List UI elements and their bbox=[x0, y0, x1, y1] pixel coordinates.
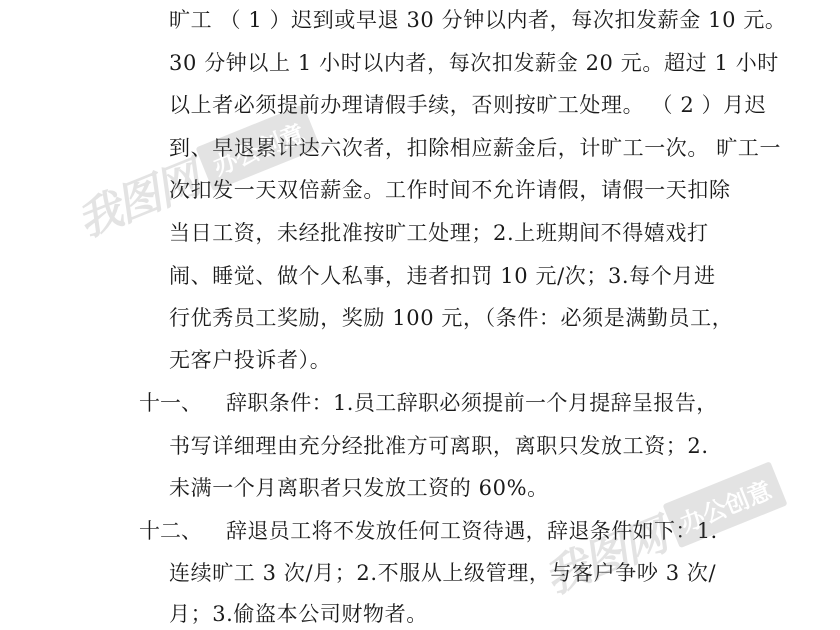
text-line: 连续旷工 3 次/月；2.不服从上级管理，与客户争吵 3 次/ bbox=[169, 559, 709, 587]
text-line: 辞职条件：1.员工辞职必须提前一个月提辞呈报告， bbox=[226, 389, 718, 417]
text-line: 闹、睡觉、做个人私事，违者扣罚 10 元/次；3.每个月进 bbox=[169, 262, 709, 290]
text-line: 到、早退累计达六次者，扣除相应薪金后，计旷工一次。 旷工一 bbox=[169, 134, 709, 162]
text-line: 当日工资，未经批准按旷工处理；2.上班期间不得嬉戏打 bbox=[169, 219, 709, 247]
text-line: 未满一个月离职者只发放工资的 60%。 bbox=[169, 474, 709, 502]
section-number: 十一、 bbox=[139, 389, 202, 417]
text-line: 月；3.偷盗本公司财物者。 bbox=[169, 600, 709, 628]
text-line: 以上者必须提前办理请假手续，否则按旷工处理。 （ 2 ）月迟 bbox=[169, 91, 709, 119]
text-line: 无客户投诉者）。 bbox=[169, 346, 709, 374]
text-line: 次扣发一天双倍薪金。工作时间不允许请假，请假一天扣除 bbox=[169, 176, 709, 204]
document-page: 旷工 （ 1 ）迟到或早退 30 分钟以内者，每次扣发薪金 10 元。 30 分… bbox=[0, 0, 840, 630]
text-line: 旷工 （ 1 ）迟到或早退 30 分钟以内者，每次扣发薪金 10 元。 bbox=[169, 6, 709, 34]
section-number: 十二、 bbox=[139, 517, 202, 545]
text-line: 行优秀员工奖励，奖励 100 元，（条件：必须是满勤员工， bbox=[169, 304, 709, 332]
text-line: 书写详细理由充分经批准方可离职，离职只发放工资；2. bbox=[169, 432, 709, 460]
text-line: 辞退员工将不发放任何工资待遇，辞退条件如下：1. bbox=[226, 517, 718, 545]
text-line: 30 分钟以上 1 小时以内者，每次扣发薪金 20 元。超过 1 小时 bbox=[169, 49, 709, 77]
